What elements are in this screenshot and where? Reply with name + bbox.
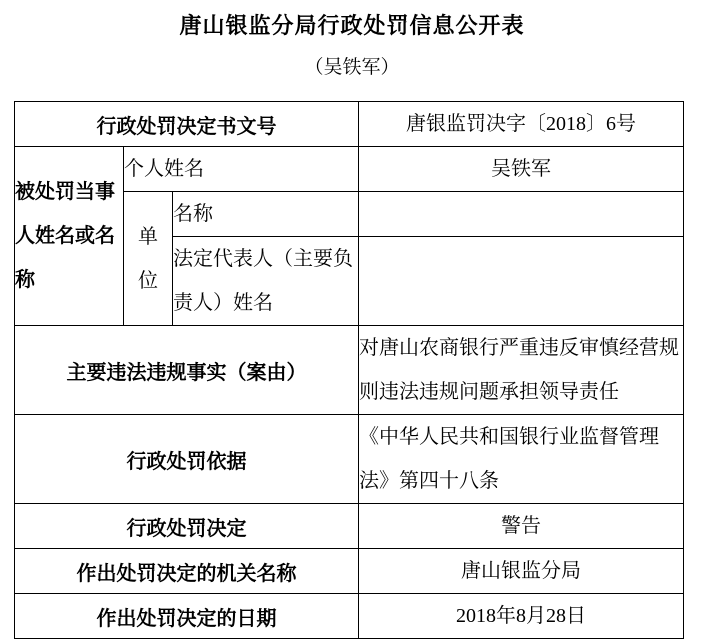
doc-number-value: 唐银监罚决字〔2018〕6号 [359,102,684,147]
legal-rep-label: 法定代表人（主要负责人）姓名 [173,237,359,326]
page-title: 唐山银监分局行政处罚信息公开表 [0,12,704,41]
table-row: 行政处罚决定书文号 唐银监罚决字〔2018〕6号 [15,102,684,147]
table-row: 被处罚当事人姓名或名称 个人姓名 吴铁军 [15,147,684,192]
basis-value: 《中华人民共和国银行业监督管理法》第四十八条 [359,415,684,504]
facts-label: 主要违法违规事实（案由） [15,326,359,415]
table-row: 作出处罚决定的日期 2018年8月28日 [15,594,684,639]
decision-label: 行政处罚决定 [15,504,359,549]
legal-rep-value [359,237,684,326]
facts-value: 对唐山农商银行严重违反审慎经营规则违法违规问题承担领导责任 [359,326,684,415]
personal-name-value: 吴铁军 [359,147,684,192]
doc-number-label: 行政处罚决定书文号 [15,102,359,147]
table-row: 作出处罚决定的机关名称 唐山银监分局 [15,549,684,594]
unit-label: 单位 [124,192,173,326]
unit-name-label: 名称 [173,192,359,237]
table-row: 行政处罚决定 警告 [15,504,684,549]
table-row: 主要违法违规事实（案由） 对唐山农商银行严重违反审慎经营规则违法违规问题承担领导… [15,326,684,415]
unit-name-value [359,192,684,237]
table-row: 行政处罚依据 《中华人民共和国银行业监督管理法》第四十八条 [15,415,684,504]
page-subtitle: （吴铁军） [0,56,704,81]
date-label: 作出处罚决定的日期 [15,594,359,639]
decision-value: 警告 [359,504,684,549]
date-value: 2018年8月28日 [359,594,684,639]
authority-value: 唐山银监分局 [359,549,684,594]
personal-name-label: 个人姓名 [124,147,359,192]
authority-label: 作出处罚决定的机关名称 [15,549,359,594]
penalty-info-table: 行政处罚决定书文号 唐银监罚决字〔2018〕6号 被处罚当事人姓名或名称 个人姓… [14,101,684,639]
unit-label-text: 单位 [138,215,159,303]
party-label: 被处罚当事人姓名或名称 [15,147,124,326]
basis-label: 行政处罚依据 [15,415,359,504]
